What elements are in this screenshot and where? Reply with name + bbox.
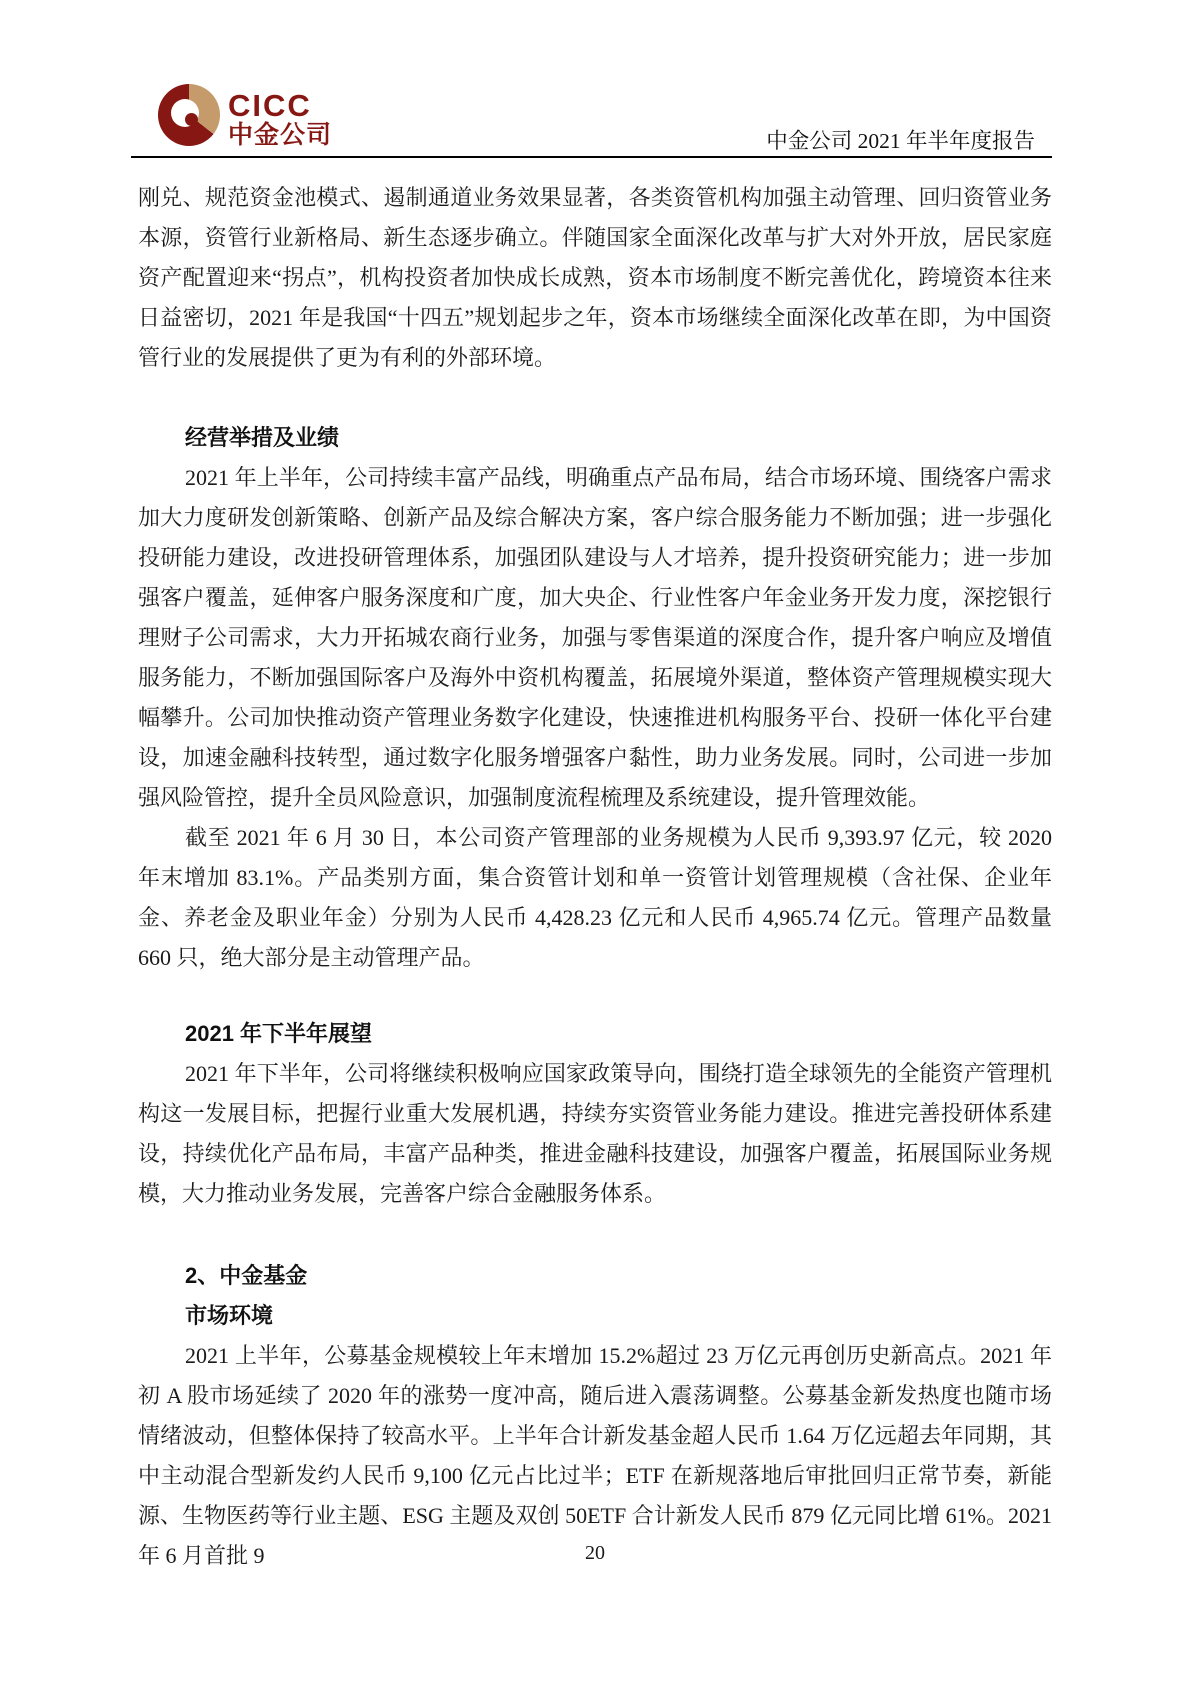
heading-operating-measures: 经营举措及业绩: [138, 418, 1052, 458]
heading-cicc-fund: 2、中金基金: [138, 1256, 1052, 1296]
heading-market-environment: 市场环境: [138, 1296, 1052, 1336]
cicc-logo-icon: [158, 84, 220, 146]
report-title: 中金公司 2021 年半年度报告: [766, 128, 1035, 154]
heading-h2-outlook: 2021 年下半年展望: [138, 1014, 1052, 1054]
cicc-logo-text: CICC 中金公司: [228, 84, 332, 148]
logo-text-chinese: 中金公司: [228, 122, 332, 148]
paragraph-h2-outlook: 2021 年下半年，公司将继续积极响应国家政策导向，围绕打造全球领先的全能资产管…: [138, 1054, 1052, 1214]
paragraph-aum-figures: 截至 2021 年 6 月 30 日，本公司资产管理部的业务规模为人民币 9,3…: [138, 818, 1052, 978]
report-page: CICC 中金公司 中金公司 2021 年半年度报告 刚兑、规范资金池模式、遏制…: [0, 0, 1190, 1683]
cicc-logo: CICC 中金公司: [158, 84, 332, 148]
page-number: 20: [138, 1538, 1052, 1568]
document-body: 刚兑、规范资金池模式、遏制通道业务效果显著，各类资管机构加强主动管理、回归资管业…: [138, 178, 1052, 1576]
logo-text-cicc: CICC: [228, 90, 332, 122]
paragraph-operating-measures: 2021 年上半年，公司持续丰富产品线，明确重点产品布局，结合市场环境、围绕客户…: [138, 458, 1052, 818]
paragraph-asset-mgmt-environment: 刚兑、规范资金池模式、遏制通道业务效果显著，各类资管机构加强主动管理、回归资管业…: [138, 178, 1052, 378]
header-divider: [131, 156, 1052, 158]
